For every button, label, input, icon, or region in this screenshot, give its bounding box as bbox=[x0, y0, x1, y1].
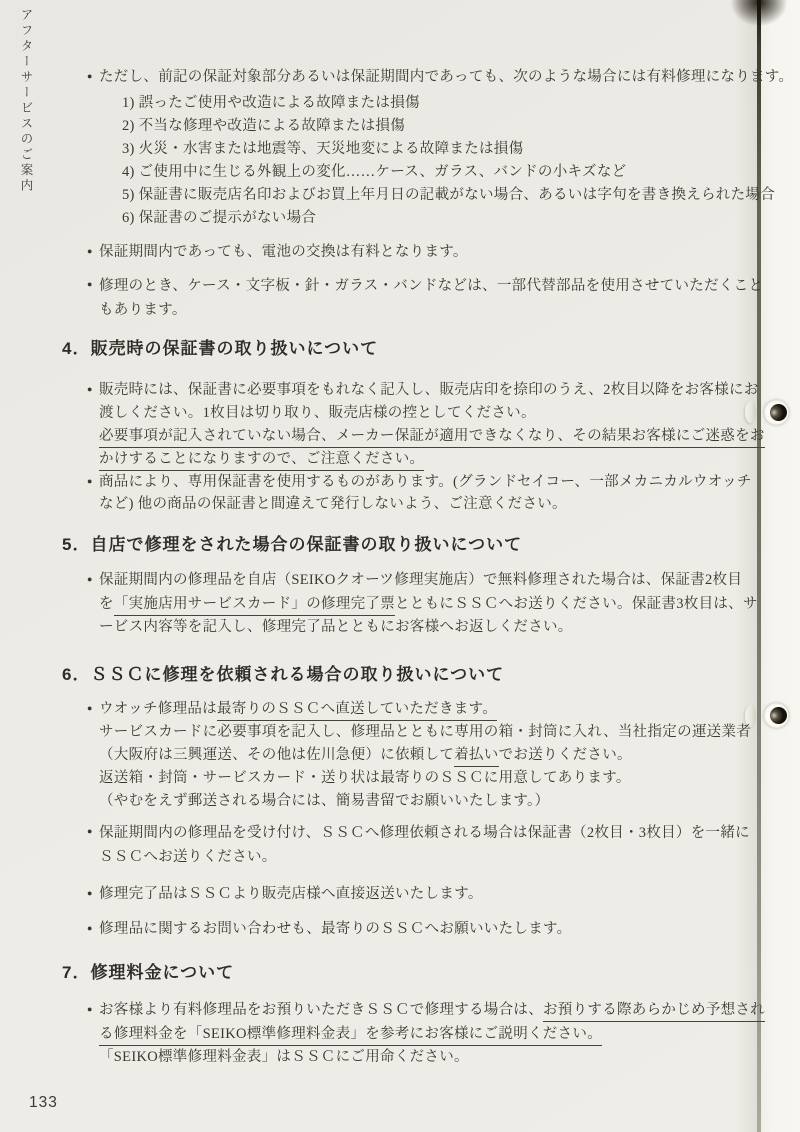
text-line: 渡しください。1枚目は切り取り、販売店様の控としてください。 bbox=[99, 402, 784, 425]
list-item: 4) ご使用中に生じる外観上の変化……ケース、ガラス、バンドの小キズなど bbox=[122, 161, 800, 184]
bullet-icon: ● bbox=[87, 477, 93, 486]
chapter-caption: アフターサービスのご案内 bbox=[17, 8, 35, 194]
text-segment: とともにＳＳＣへお送りください。保証書3枚目は、サ bbox=[395, 596, 758, 612]
text-line: 保証期間内であっても、電池の交換は有料となります。 bbox=[99, 241, 784, 264]
text-line: 販売時には、保証書に必要事項をもれなく記入し、販売店印を捺印のうえ、2枚目以降を… bbox=[99, 379, 784, 402]
text-line: ウオッチ修理品は最寄りのＳＳＣへ直送していただきます。 bbox=[99, 698, 784, 721]
text-line: サービスカードに必要事項を記入し、修理品とともに専用の箱・封筒に入れ、当社指定の… bbox=[99, 721, 784, 744]
text-segment: （大阪府は三興運送、その他は佐川急便）に依頼して bbox=[99, 747, 454, 763]
section-heading: 5．自店で修理をされた場合の保証書の取り扱いについて bbox=[62, 533, 747, 557]
text-line: （大阪府は三興運送、その他は佐川急便）に依頼して着払いでお送りください。 bbox=[99, 744, 784, 767]
text-line: 修理品に関するお問い合わせも、最寄りのＳＳＣへお願いいたします。 bbox=[99, 918, 784, 941]
bullet-icon: ● bbox=[87, 827, 93, 836]
bullet-paragraph: ● ウオッチ修理品は最寄りのＳＳＣへ直送していただきます。 サービスカードに必要… bbox=[62, 698, 784, 813]
bullet-paragraph: ● 商品により、専用保証書を使用するものがあります。(グランドセイコー、一部メカ… bbox=[62, 471, 784, 515]
underlined-text: 「実施店用サービスカード」の修理完了票 bbox=[114, 596, 395, 616]
scanned-manual-page: アフターサービスのご案内 ● ただし、前記の保証対象部分あるいは保証期間内であっ… bbox=[0, 0, 800, 1132]
underlined-text: 着払い bbox=[454, 747, 498, 767]
bullet-paragraph: ● 保証期間内の修理品を受け付け、ＳＳＣへ修理依頼される場合は保証書（2枚目・3… bbox=[62, 821, 784, 869]
text-line: 商品により、専用保証書を使用するものがあります。(グランドセイコー、一部メカニカ… bbox=[99, 471, 784, 493]
underlined-text: 最寄りのＳＳＣへ直送していただきます。 bbox=[217, 701, 497, 721]
list-item: 1) 誤ったご使用や改造による故障または損傷 bbox=[122, 92, 800, 115]
text-segment: ウオッチ修理品は bbox=[99, 701, 217, 717]
text-line: ービス内容等を記入し、修理完了品とともにお客様へお返しください。 bbox=[99, 616, 784, 640]
bullet-icon: ● bbox=[87, 247, 93, 256]
text-line: お客様より有料修理品をお預りいただきＳＳＣで修理する場合は、お預りする際あらかじ… bbox=[99, 999, 784, 1023]
bullet-icon: ● bbox=[87, 704, 93, 713]
page-number: 133 bbox=[29, 1094, 58, 1112]
bullet-icon: ● bbox=[87, 1005, 93, 1014]
bullet-icon: ● bbox=[87, 889, 93, 898]
text-line: を「実施店用サービスカード」の修理完了票とともにＳＳＣへお送りください。保証書3… bbox=[99, 593, 784, 617]
text-line: る修理料金を「SEIKO標準修理料金表」を参考にお客様にご説明ください。 bbox=[99, 1023, 784, 1047]
text-segment: でお送りください。 bbox=[499, 747, 632, 763]
bullet-icon: ● bbox=[87, 72, 93, 81]
bullet-paragraph: ● 販売時には、保証書に必要事項をもれなく記入し、販売店印を捺印のうえ、2枚目以… bbox=[62, 379, 784, 471]
section-heading: 6．ＳＳＣに修理を依頼される場合の取り扱いについて bbox=[62, 663, 747, 687]
text-segment: を bbox=[99, 596, 114, 612]
list-item: 3) 火災・水害または地震等、天災地変による故障または損傷 bbox=[122, 138, 800, 161]
numbered-list: 1) 誤ったご使用や改造による故障または損傷 2) 不当な修理や改造による故障ま… bbox=[62, 92, 800, 230]
text-line: 修理完了品はＳＳＣより販売店様へ直接返送いたします。 bbox=[99, 883, 784, 906]
bullet-paragraph: ● 修理完了品はＳＳＣより販売店様へ直接返送いたします。 bbox=[62, 883, 784, 906]
section-heading: 4．販売時の保証書の取り扱いについて bbox=[62, 337, 747, 361]
text-line: もあります。 bbox=[99, 298, 784, 322]
bullet-icon: ● bbox=[87, 924, 93, 933]
text-line: など) 他の商品の保証書と間違えて発行しないよう、ご注意ください。 bbox=[99, 493, 784, 515]
text-line: 修理のとき、ケース・文字板・針・ガラス・バンドなどは、一部代替部品を使用させてい… bbox=[99, 274, 784, 298]
section-heading: 7．修理料金について bbox=[62, 961, 747, 985]
underlined-text: る修理料金を「SEIKO標準修理料金表」を参考にお客様にご説明ください。 bbox=[99, 1026, 602, 1046]
text-line: かけすることになりますので、ご注意ください。 bbox=[99, 448, 784, 471]
bullet-paragraph: ● 修理のとき、ケース・文字板・針・ガラス・バンドなどは、一部代替部品を使用させ… bbox=[62, 274, 784, 322]
bullet-paragraph: ● 修理品に関するお問い合わせも、最寄りのＳＳＣへお願いいたします。 bbox=[62, 918, 784, 941]
text-line: 返送箱・封筒・サービスカード・送り状は最寄りのＳＳＣに用意してあります。 bbox=[99, 767, 784, 790]
text-line: ＳＳＣへお送りください。 bbox=[99, 845, 784, 869]
bullet-icon: ● bbox=[87, 575, 93, 584]
bullet-paragraph: ● 保証期間内の修理品を自店（SEIKOクオーツ修理実施店）で無料修理された場合… bbox=[62, 569, 784, 640]
underlined-text: 必要事項が記入されていない場合、メーカー保証が適用できなくなり、その結果お客様に… bbox=[99, 428, 765, 448]
text-segment: お客様より有料修理品をお預りいただきＳＳＣで修理する場合は、 bbox=[99, 1002, 543, 1018]
text-line: （やむをえず郵送される場合には、簡易書留でお願いいたします。） bbox=[99, 790, 784, 813]
bullet-icon: ● bbox=[87, 280, 93, 289]
text-line: 必要事項が記入されていない場合、メーカー保証が適用できなくなり、その結果お客様に… bbox=[99, 425, 784, 448]
bullet-paragraph: ● お客様より有料修理品をお預りいただきＳＳＣで修理する場合は、お預りする際あら… bbox=[62, 999, 784, 1070]
underlined-text: かけすることになりますので、ご注意ください。 bbox=[99, 451, 424, 471]
list-item: 5) 保証書に販売店名印およびお買上年月日の記載がない場合、あるいは字句を書き換… bbox=[122, 184, 800, 207]
bullet-paragraph: ● ただし、前記の保証対象部分あるいは保証期間内であっても、次のような場合には有… bbox=[62, 66, 784, 89]
bullet-icon: ● bbox=[87, 385, 93, 394]
text-line: 「SEIKO標準修理料金表」はＳＳＣにご用命ください。 bbox=[99, 1046, 784, 1070]
text-line: 保証期間内の修理品を受け付け、ＳＳＣへ修理依頼される場合は保証書（2枚目・3枚目… bbox=[99, 821, 784, 845]
list-item: 6) 保証書のご提示がない場合 bbox=[122, 207, 800, 230]
text-line: ただし、前記の保証対象部分あるいは保証期間内であっても、次のような場合には有料修… bbox=[99, 66, 784, 89]
underlined-text: お預りする際あらかじめ予想され bbox=[543, 1002, 765, 1022]
text-line: 保証期間内の修理品を自店（SEIKOクオーツ修理実施店）で無料修理された場合は、… bbox=[99, 569, 784, 593]
list-item: 2) 不当な修理や改造による故障または損傷 bbox=[122, 115, 800, 138]
bullet-paragraph: ● 保証期間内であっても、電池の交換は有料となります。 bbox=[62, 241, 784, 264]
